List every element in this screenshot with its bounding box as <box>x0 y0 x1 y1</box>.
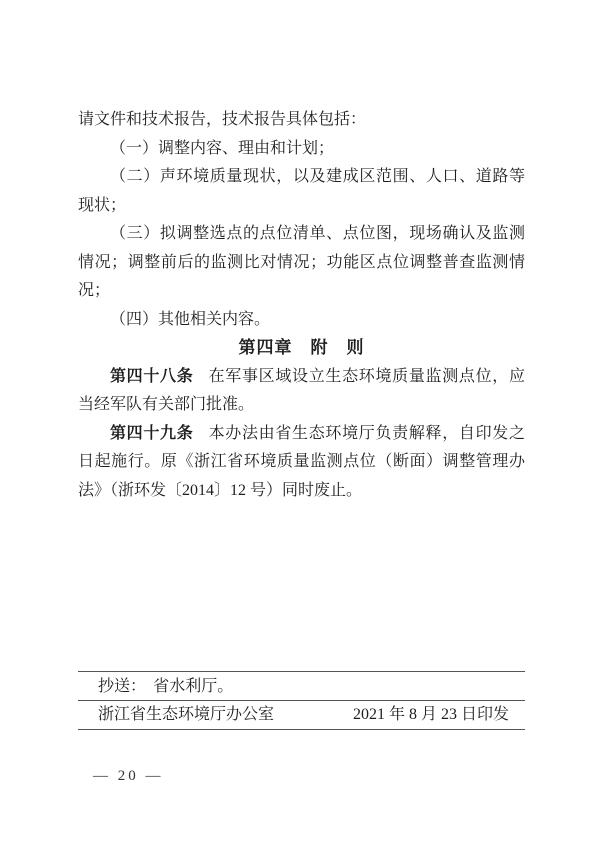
article-48: 第四十八条在军事区域设立生态环境质量监测点位，应当经军队有关部门批准。 <box>78 363 525 420</box>
document-body: 请文件和技术报告，技术报告具体包括： （一）调整内容、理由和计划； （二）声环境… <box>78 106 525 505</box>
paragraph-intro: 请文件和技术报告，技术报告具体包括： <box>78 106 525 135</box>
issue-row: 浙江省生态环境厅办公室 2021 年 8 月 23 日印发 <box>78 701 525 729</box>
paragraph-item-1: （一）调整内容、理由和计划； <box>78 135 525 164</box>
document-page: 请文件和技术报告，技术报告具体包括： （一）调整内容、理由和计划； （二）声环境… <box>0 0 600 848</box>
cc-value: 省水利厅。 <box>153 672 233 701</box>
print-date: 2021 年 8 月 23 日印发 <box>353 701 509 729</box>
cc-label: 抄送： <box>98 672 146 701</box>
paragraph-item-3: （三）拟调整选点的点位清单、点位图，现场确认及监测情况；调整前后的监测比对情况；… <box>78 220 525 306</box>
footer-block: 抄送： 省水利厅。 浙江省生态环境厅办公室 2021 年 8 月 23 日印发 <box>78 671 525 730</box>
article-49: 第四十九条本办法由省生态环境厅负责解释，自印发之日起施行。原《浙江省环境质量监测… <box>78 420 525 506</box>
article-49-number: 第四十九条 <box>110 425 193 442</box>
chapter-heading: 第四章 附 则 <box>78 334 525 363</box>
paragraph-item-4: （四）其他相关内容。 <box>78 306 525 335</box>
cc-row: 抄送： 省水利厅。 <box>78 672 525 701</box>
issuer-name: 浙江省生态环境厅办公室 <box>98 701 274 729</box>
paragraph-item-2: （二）声环境质量现状，以及建成区范围、人口、道路等现状； <box>78 163 525 220</box>
article-48-number: 第四十八条 <box>110 368 193 385</box>
page-number: — 20 — <box>93 765 164 787</box>
